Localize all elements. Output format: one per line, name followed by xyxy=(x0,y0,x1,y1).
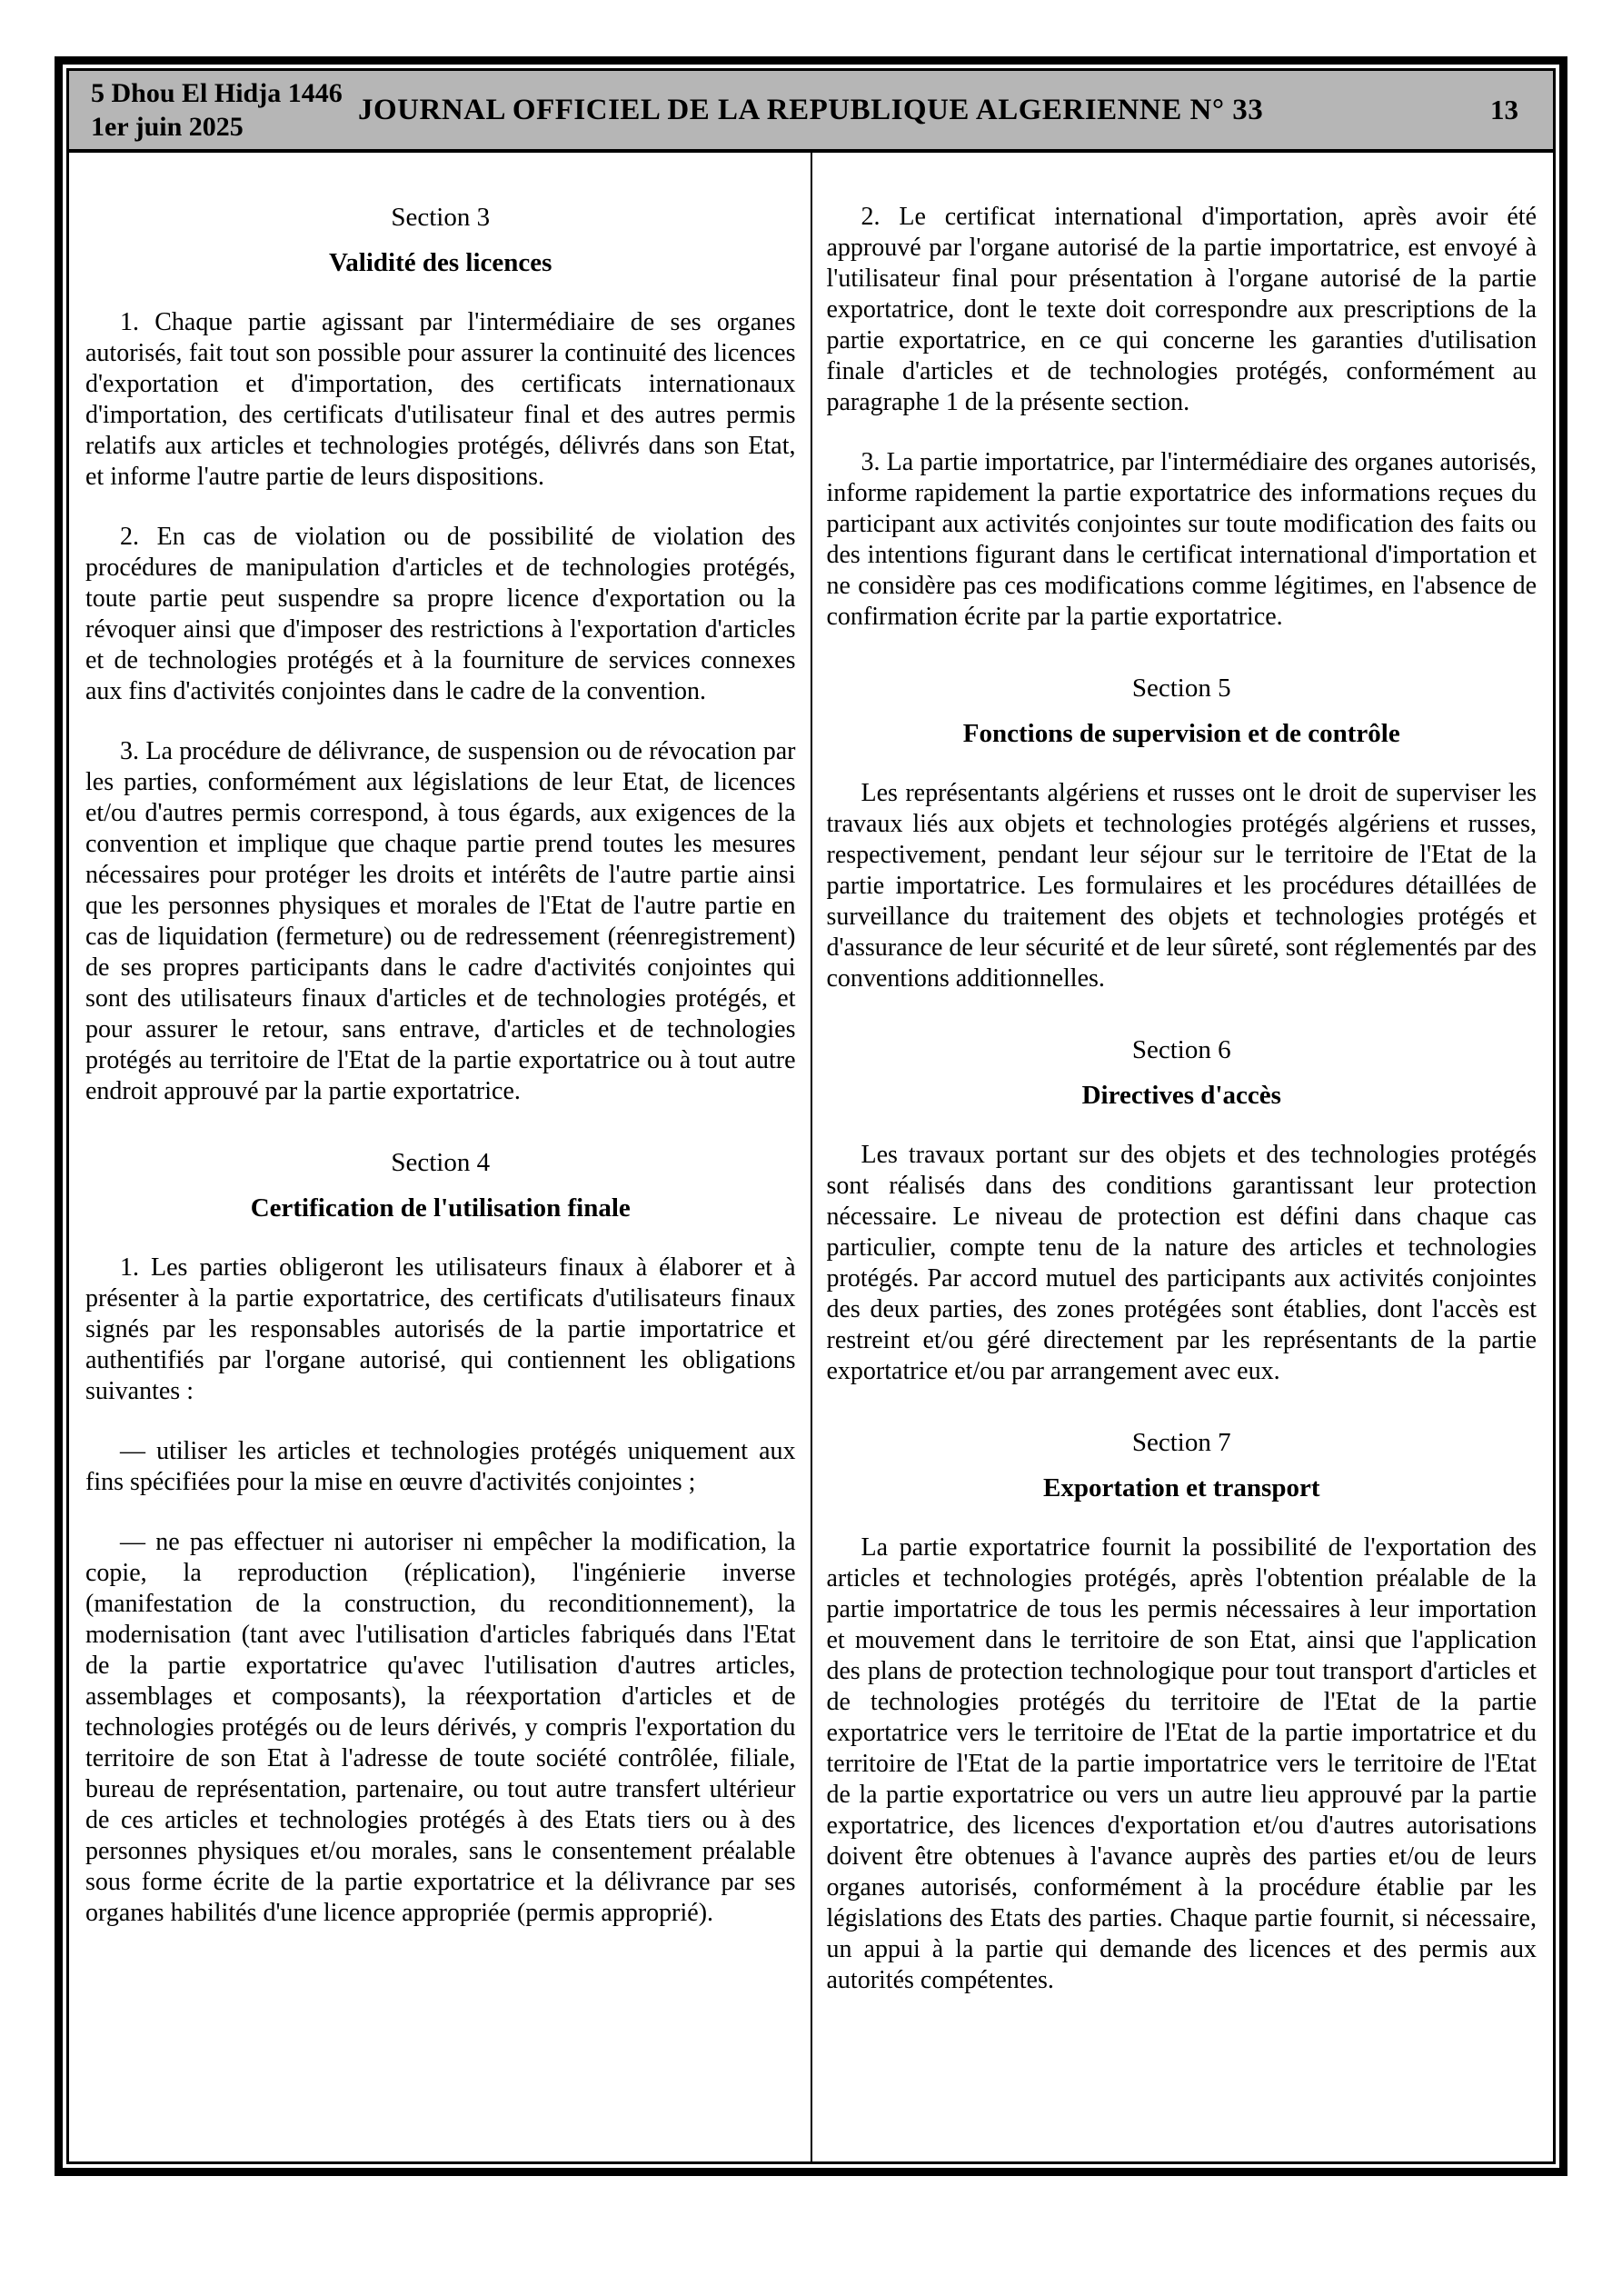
page-inner-frame: 5 Dhou El Hidja 1446 1er juin 2025 JOURN… xyxy=(66,68,1556,2164)
header-dates: 5 Dhou El Hidja 1446 1er juin 2025 xyxy=(91,76,358,144)
page-content: Section 3 Validité des licences 1. Chaqu… xyxy=(69,153,1553,2161)
page-frame: 5 Dhou El Hidja 1446 1er juin 2025 JOURN… xyxy=(55,56,1567,2176)
journal-title: JOURNAL OFFICIEL DE LA REPUBLIQUE ALGERI… xyxy=(358,94,1263,127)
header-date-hijri: 5 Dhou El Hidja 1446 xyxy=(91,76,358,110)
paragraph: 1. Les parties obligeront les utilisateu… xyxy=(85,1253,796,1407)
section-title: Validité des licences xyxy=(85,247,796,278)
section-title: Directives d'accès xyxy=(827,1080,1537,1111)
section-title: Fonctions de supervision et de contrôle xyxy=(827,718,1537,749)
right-column: 2. Le certificat international d'importa… xyxy=(827,153,1537,2161)
header-date-gregorian: 1er juin 2025 xyxy=(91,110,358,144)
bullet-item: — utiliser les articles et technologies … xyxy=(85,1436,796,1498)
section-title: Exportation et transport xyxy=(827,1472,1537,1503)
page-number: 13 xyxy=(1263,94,1531,126)
section-title: Certification de l'utilisation finale xyxy=(85,1193,796,1223)
paragraph: La partie exportatrice fournit la possib… xyxy=(827,1532,1537,1996)
left-column: Section 3 Validité des licences 1. Chaqu… xyxy=(85,153,796,2161)
paragraph: 3. La procédure de délivrance, de suspen… xyxy=(85,736,796,1107)
paragraph: Les représentants algériens et russes on… xyxy=(827,778,1537,994)
paragraph: 1. Chaque partie agissant par l'interméd… xyxy=(85,307,796,493)
bullet-item: — ne pas effectuer ni autoriser ni empêc… xyxy=(85,1527,796,1929)
section-label: Section 4 xyxy=(85,1147,796,1178)
paragraph: 2. Le certificat international d'importa… xyxy=(827,202,1537,418)
paragraph: Les travaux portant sur des objets et de… xyxy=(827,1140,1537,1387)
section-label: Section 5 xyxy=(827,673,1537,704)
section-label: Section 6 xyxy=(827,1034,1537,1065)
section-label: Section 7 xyxy=(827,1427,1537,1458)
journal-header: 5 Dhou El Hidja 1446 1er juin 2025 JOURN… xyxy=(69,71,1553,153)
section-label: Section 3 xyxy=(85,202,796,233)
column-divider xyxy=(811,153,812,2161)
paragraph: 3. La partie importatrice, par l'intermé… xyxy=(827,447,1537,633)
paragraph: 2. En cas de violation ou de possibilité… xyxy=(85,522,796,707)
